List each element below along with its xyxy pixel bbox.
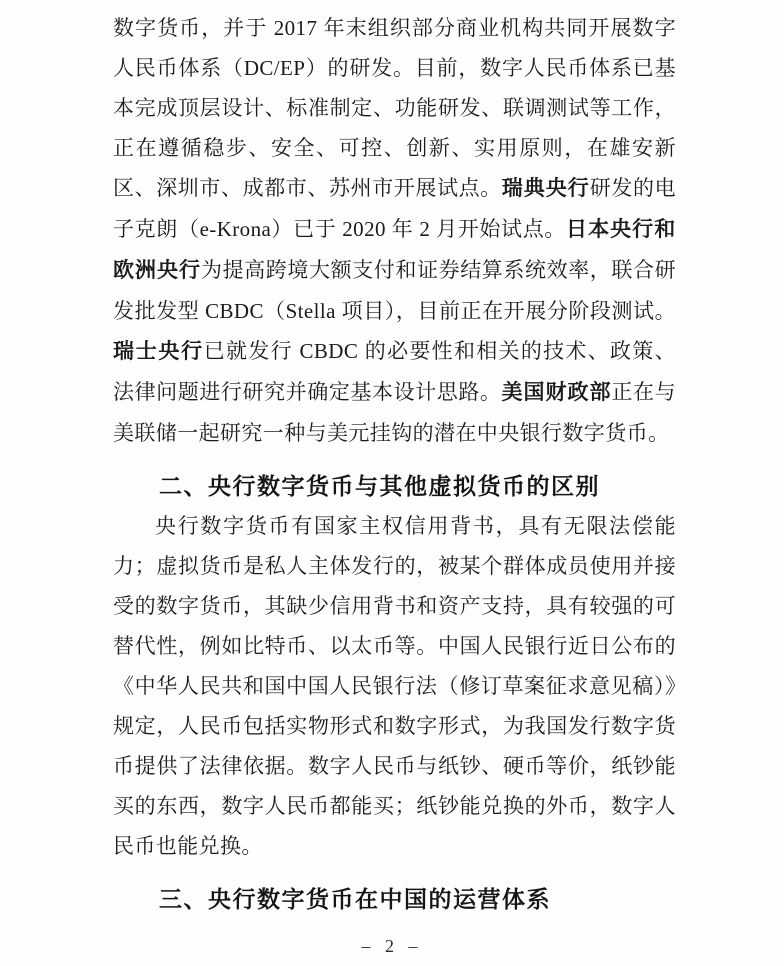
body-text-run: 数字货币，并于 2017 年末组织部分商业机构共同开展数字人民币体系（DC/EP… bbox=[113, 16, 676, 200]
document-page: 数字货币，并于 2017 年末组织部分商业机构共同开展数字人民币体系（DC/EP… bbox=[0, 0, 784, 966]
paragraph-global-cbdc-progress: 数字货币，并于 2017 年末组织部分商业机构共同开展数字人民币体系（DC/EP… bbox=[113, 8, 676, 453]
heading-section-2-cbdc-vs-virtual-currency: 二、央行数字货币与其他虚拟货币的区别 bbox=[113, 466, 676, 506]
bold-emphasis-text: 瑞典央行 bbox=[502, 177, 590, 200]
body-text-run: 央行数字货币有国家主权信用背书，具有无限法偿能力；虚拟货币是私人主体发行的，被某… bbox=[113, 514, 676, 858]
heading-section-3-cbdc-operation-system-china: 三、央行数字货币在中国的运营体系 bbox=[113, 879, 676, 919]
bold-emphasis-text: 瑞士央行 bbox=[113, 340, 204, 363]
page-number: – 2 – bbox=[0, 936, 784, 957]
paragraph-cbdc-vs-virtual-currency: 央行数字货币有国家主权信用背书，具有无限法偿能力；虚拟货币是私人主体发行的，被某… bbox=[113, 506, 676, 866]
bold-emphasis-text: 美国财政部 bbox=[502, 381, 612, 404]
